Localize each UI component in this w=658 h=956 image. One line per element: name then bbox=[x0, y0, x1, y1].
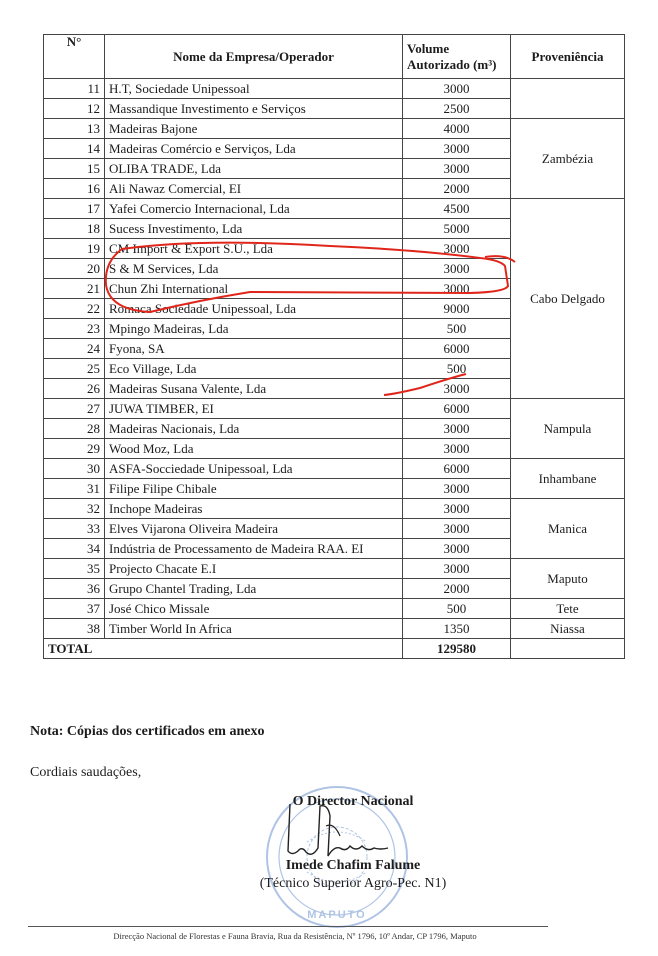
authorized-volume: 3000 bbox=[403, 379, 511, 399]
row-number: 37 bbox=[44, 599, 105, 619]
table-header-row: N° Nome da Empresa/Operador VolumeAutori… bbox=[44, 35, 625, 79]
row-number: 16 bbox=[44, 179, 105, 199]
authorized-volume: 500 bbox=[403, 599, 511, 619]
company-name: Madeiras Nacionais, Lda bbox=[105, 419, 403, 439]
company-name: Timber World In Africa bbox=[105, 619, 403, 639]
table-row: 38Timber World In Africa1350Niassa bbox=[44, 619, 625, 639]
company-name: Yafei Comercio Internacional, Lda bbox=[105, 199, 403, 219]
header-volume-line1: Volume bbox=[407, 41, 449, 56]
row-number: 35 bbox=[44, 559, 105, 579]
signatory-name: Imede Chafim Falume bbox=[0, 858, 658, 874]
table-row: 30ASFA-Socciedade Unipessoal, Lda6000Inh… bbox=[44, 459, 625, 479]
signatory-title: O Director Nacional bbox=[0, 794, 658, 810]
row-number: 28 bbox=[44, 419, 105, 439]
header-number: N° bbox=[44, 35, 105, 79]
row-number: 19 bbox=[44, 239, 105, 259]
company-name: Indústria de Processamento de Madeira RA… bbox=[105, 539, 403, 559]
province-cell: Zambézia bbox=[511, 119, 625, 199]
province-cell bbox=[511, 79, 625, 119]
authorized-volume: 3000 bbox=[403, 139, 511, 159]
company-name: Eco Village, Lda bbox=[105, 359, 403, 379]
company-name: Romaca Sociedade Unipessoal, Lda bbox=[105, 299, 403, 319]
row-number: 31 bbox=[44, 479, 105, 499]
row-number: 15 bbox=[44, 159, 105, 179]
authorized-volume: 1350 bbox=[403, 619, 511, 639]
province-cell: Manica bbox=[511, 499, 625, 559]
company-name: Fyona, SA bbox=[105, 339, 403, 359]
row-number: 11 bbox=[44, 79, 105, 99]
company-name: ASFA-Socciedade Unipessoal, Lda bbox=[105, 459, 403, 479]
row-number: 36 bbox=[44, 579, 105, 599]
row-number: 32 bbox=[44, 499, 105, 519]
company-name: S & M Services, Lda bbox=[105, 259, 403, 279]
row-number: 23 bbox=[44, 319, 105, 339]
company-name: JUWA TIMBER, EI bbox=[105, 399, 403, 419]
header-volume: VolumeAutorizado (m³) bbox=[403, 35, 511, 79]
authorized-volume: 4500 bbox=[403, 199, 511, 219]
header-company-name: Nome da Empresa/Operador bbox=[105, 35, 403, 79]
company-name: Grupo Chantel Trading, Lda bbox=[105, 579, 403, 599]
table-row: 11H.T, Sociedade Unipessoal3000 bbox=[44, 79, 625, 99]
attachment-note: Nota: Cópias dos certificados em anexo bbox=[30, 724, 264, 740]
authorized-volume: 3000 bbox=[403, 539, 511, 559]
province-cell: Niassa bbox=[511, 619, 625, 639]
authorized-volume: 3000 bbox=[403, 559, 511, 579]
authorized-volume: 3000 bbox=[403, 439, 511, 459]
total-province-empty bbox=[511, 639, 625, 659]
footer-address: Direcção Nacional de Florestas e Fauna B… bbox=[0, 931, 590, 941]
company-name: Wood Moz, Lda bbox=[105, 439, 403, 459]
row-number: 13 bbox=[44, 119, 105, 139]
signatory-role: (Técnico Superior Agro-Pec. N1) bbox=[0, 876, 658, 892]
total-row: TOTAL 129580 bbox=[44, 639, 625, 659]
authorized-volume: 5000 bbox=[403, 219, 511, 239]
row-number: 34 bbox=[44, 539, 105, 559]
table-row: 32Inchope Madeiras3000Manica bbox=[44, 499, 625, 519]
svg-text:MAPUTO: MAPUTO bbox=[307, 909, 366, 921]
authorized-volume: 2000 bbox=[403, 579, 511, 599]
footer-divider bbox=[28, 926, 548, 927]
authorized-volume: 3000 bbox=[403, 279, 511, 299]
company-name: Mpingo Madeiras, Lda bbox=[105, 319, 403, 339]
row-number: 26 bbox=[44, 379, 105, 399]
table-body: 11H.T, Sociedade Unipessoal300012Massand… bbox=[44, 79, 625, 639]
row-number: 21 bbox=[44, 279, 105, 299]
company-name: Elves Vijarona Oliveira Madeira bbox=[105, 519, 403, 539]
row-number: 12 bbox=[44, 99, 105, 119]
company-name: Madeiras Comércio e Serviços, Lda bbox=[105, 139, 403, 159]
company-name: Massandique Investimento e Serviços bbox=[105, 99, 403, 119]
header-province: Proveniência bbox=[511, 35, 625, 79]
table-row: 13Madeiras Bajone4000Zambézia bbox=[44, 119, 625, 139]
province-cell: Inhambane bbox=[511, 459, 625, 499]
table-row: 17Yafei Comercio Internacional, Lda4500C… bbox=[44, 199, 625, 219]
row-number: 27 bbox=[44, 399, 105, 419]
company-name: Sucess Investimento, Lda bbox=[105, 219, 403, 239]
table-row: 37José Chico Missale500Tete bbox=[44, 599, 625, 619]
table-row: 27JUWA TIMBER, EI6000Nampula bbox=[44, 399, 625, 419]
company-name: Inchope Madeiras bbox=[105, 499, 403, 519]
authorized-volume: 2500 bbox=[403, 99, 511, 119]
document-page: N° Nome da Empresa/Operador VolumeAutori… bbox=[0, 0, 658, 956]
company-name: H.T, Sociedade Unipessoal bbox=[105, 79, 403, 99]
authorized-volume: 3000 bbox=[403, 159, 511, 179]
company-name: Projecto Chacate E.I bbox=[105, 559, 403, 579]
row-number: 18 bbox=[44, 219, 105, 239]
row-number: 24 bbox=[44, 339, 105, 359]
authorized-volume: 9000 bbox=[403, 299, 511, 319]
total-label: TOTAL bbox=[44, 639, 403, 659]
row-number: 30 bbox=[44, 459, 105, 479]
authorized-volume: 6000 bbox=[403, 339, 511, 359]
province-cell: Nampula bbox=[511, 399, 625, 459]
authorized-volume: 3000 bbox=[403, 419, 511, 439]
authorized-volume: 6000 bbox=[403, 399, 511, 419]
authorized-volume: 4000 bbox=[403, 119, 511, 139]
authorized-volume: 2000 bbox=[403, 179, 511, 199]
company-name: Chun Zhi International bbox=[105, 279, 403, 299]
authorized-volume: 6000 bbox=[403, 459, 511, 479]
company-name: Ali Nawaz Comercial, EI bbox=[105, 179, 403, 199]
company-name: Filipe Filipe Chibale bbox=[105, 479, 403, 499]
row-number: 29 bbox=[44, 439, 105, 459]
authorized-volume: 3000 bbox=[403, 519, 511, 539]
authorized-volume: 3000 bbox=[403, 79, 511, 99]
row-number: 33 bbox=[44, 519, 105, 539]
row-number: 25 bbox=[44, 359, 105, 379]
row-number: 14 bbox=[44, 139, 105, 159]
authorized-volume: 3000 bbox=[403, 259, 511, 279]
authorized-volume: 500 bbox=[403, 319, 511, 339]
province-cell: Maputo bbox=[511, 559, 625, 599]
row-number: 17 bbox=[44, 199, 105, 219]
greeting: Cordiais saudações, bbox=[30, 765, 141, 781]
company-name: Madeiras Bajone bbox=[105, 119, 403, 139]
province-cell: Cabo Delgado bbox=[511, 199, 625, 399]
row-number: 20 bbox=[44, 259, 105, 279]
operators-table: N° Nome da Empresa/Operador VolumeAutori… bbox=[43, 34, 625, 659]
company-name: OLIBA TRADE, Lda bbox=[105, 159, 403, 179]
header-volume-line2: Autorizado (m³) bbox=[407, 57, 496, 72]
authorized-volume: 3000 bbox=[403, 479, 511, 499]
company-name: CM Import & Export S.U., Lda bbox=[105, 239, 403, 259]
row-number: 22 bbox=[44, 299, 105, 319]
row-number: 38 bbox=[44, 619, 105, 639]
authorized-volume: 3000 bbox=[403, 499, 511, 519]
company-name: José Chico Missale bbox=[105, 599, 403, 619]
table-row: 35Projecto Chacate E.I3000Maputo bbox=[44, 559, 625, 579]
total-value: 129580 bbox=[403, 639, 511, 659]
authorized-volume: 500 bbox=[403, 359, 511, 379]
company-name: Madeiras Susana Valente, Lda bbox=[105, 379, 403, 399]
province-cell: Tete bbox=[511, 599, 625, 619]
authorized-volume: 3000 bbox=[403, 239, 511, 259]
